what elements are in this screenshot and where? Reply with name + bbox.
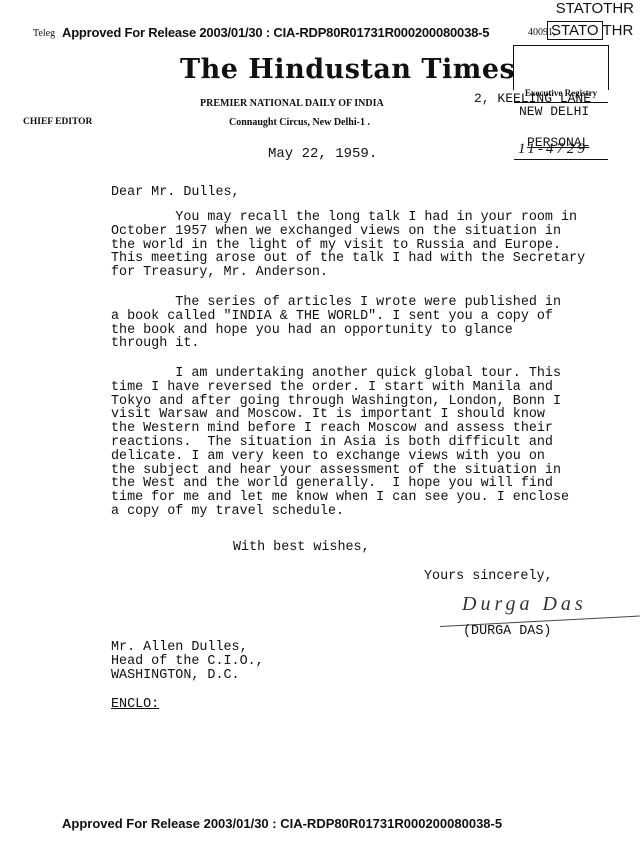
stat-boxed-text: STATO	[547, 21, 603, 40]
paragraph-2: The series of articles I wrote were publ…	[111, 296, 561, 351]
letterhead-tagline: PREMIER NATIONAL DAILY OF INDIA	[200, 98, 384, 109]
closing: Yours sincerely,	[424, 570, 553, 584]
enclosure-label: ENCLO:	[111, 698, 159, 712]
stat-suffix-text: THR	[603, 22, 634, 39]
telegram-fragment: Teleg	[33, 28, 55, 39]
signee-name: (DURGA DAS)	[463, 625, 551, 639]
statothr-stamp-top: STATOTHR	[556, 0, 634, 17]
sender-address-line2: NEW DELHI	[519, 104, 589, 119]
executive-registry-box: Executive Registry 11-4729	[513, 45, 609, 90]
handwritten-signature: Durga Das	[462, 593, 587, 616]
newspaper-masthead: The Hindustan Times	[180, 54, 515, 85]
statothr-stamp-boxed: STATOTHR	[547, 22, 633, 39]
recipient-line1: Mr. Allen Dulles,	[111, 641, 248, 655]
recipient-line3: WASHINGTON, D.C.	[111, 669, 240, 683]
paragraph-3: I am undertaking another quick global to…	[111, 367, 569, 519]
recipient-line2: Head of the C.I.O.,	[111, 655, 264, 669]
release-stamp-top: Approved For Release 2003/01/30 : CIA-RD…	[62, 25, 489, 40]
closing-wishes: With best wishes,	[233, 541, 370, 555]
salutation: Dear Mr. Dulles,	[111, 186, 240, 200]
letterhead-address: Connaught Circus, New Delhi-1 .	[229, 117, 370, 128]
paragraph-1: You may recall the long talk I had in yo…	[111, 211, 585, 280]
release-stamp-bottom: Approved For Release 2003/01/30 : CIA-RD…	[62, 816, 502, 831]
personal-marking: PERSONAL	[527, 135, 589, 150]
letter-date: May 22, 1959.	[268, 146, 377, 162]
chief-editor-label: CHIEF EDITOR	[23, 117, 92, 127]
